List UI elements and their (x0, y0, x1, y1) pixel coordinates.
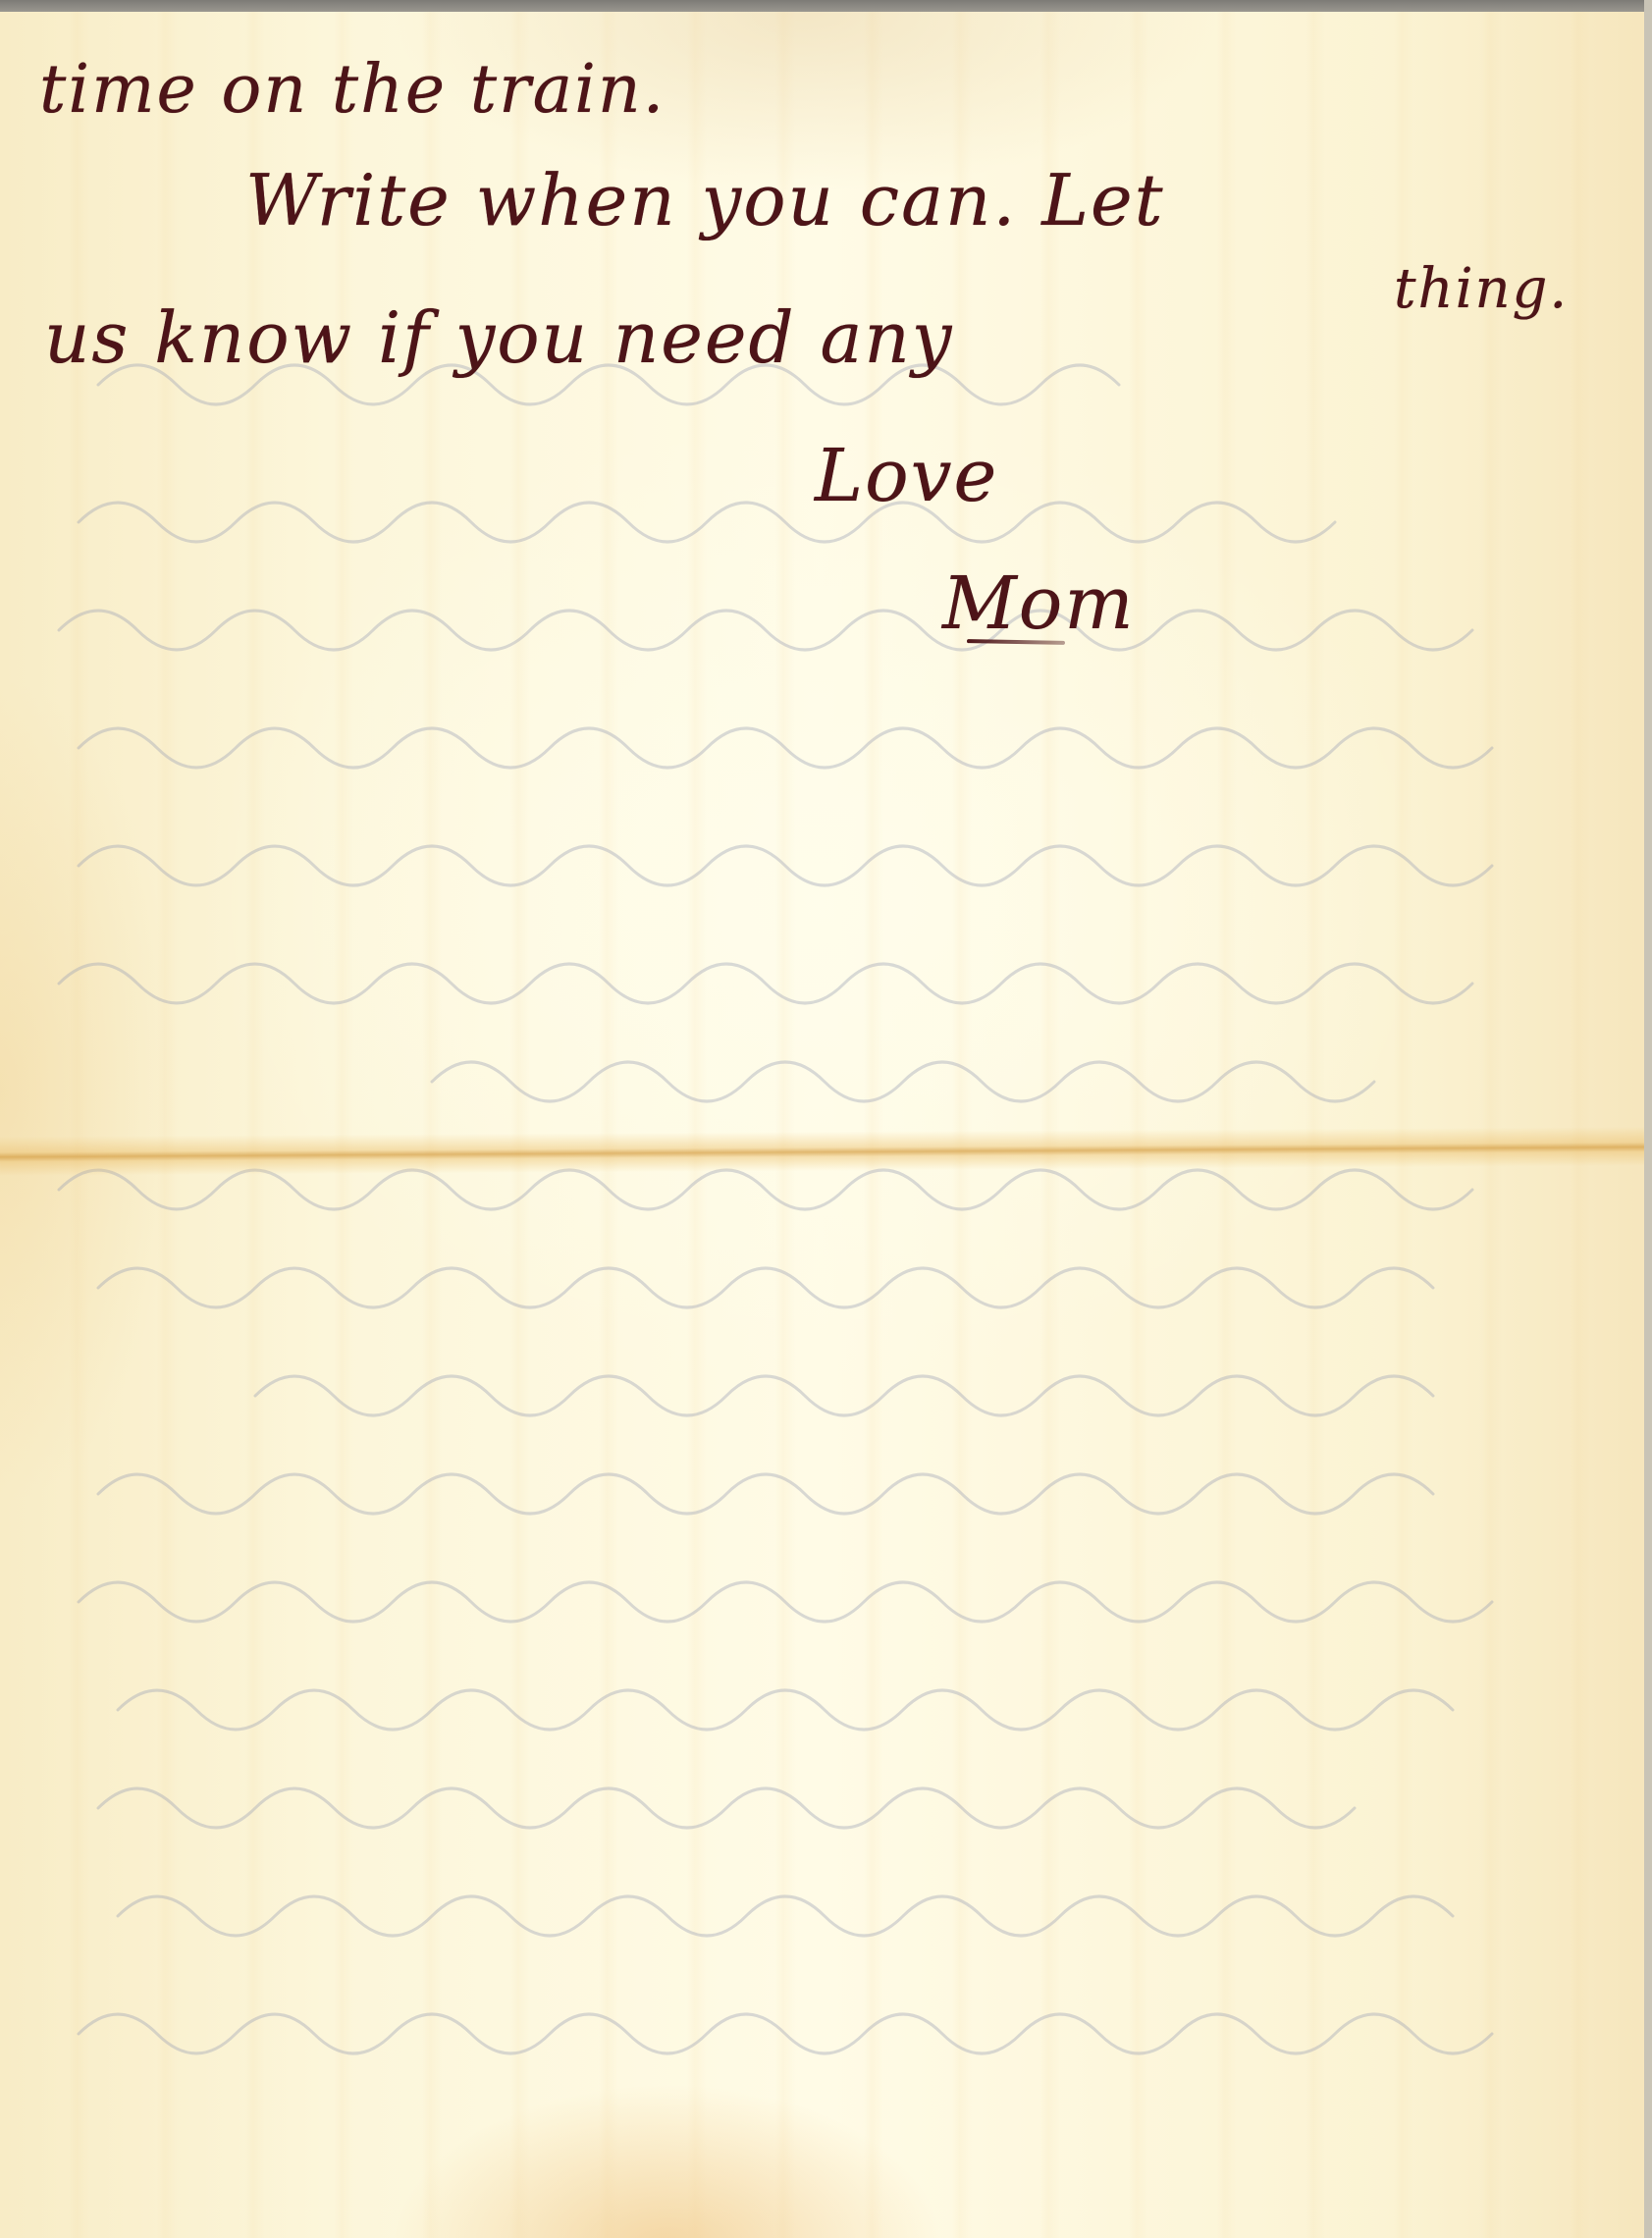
scanner-bed-edge-top (0, 0, 1652, 12)
horizontal-fold-crease (0, 1127, 1644, 1176)
letter-line-2: Write when you can. Let (245, 159, 1165, 241)
letter-line-1: time on the train. (39, 51, 666, 129)
letter-line-3: us know if you need any (44, 296, 953, 379)
reverse-side-bleed-through (39, 139, 1571, 2103)
letter-line-continuation: thing. (1394, 257, 1569, 321)
letter-signature: Mom (942, 561, 1136, 646)
letter-scan: time on the train. Write when you can. L… (0, 0, 1652, 2238)
letter-paper: time on the train. Write when you can. L… (0, 12, 1644, 2238)
letter-closing: Love (815, 434, 998, 518)
scanner-bed-edge-right (1644, 0, 1652, 2238)
